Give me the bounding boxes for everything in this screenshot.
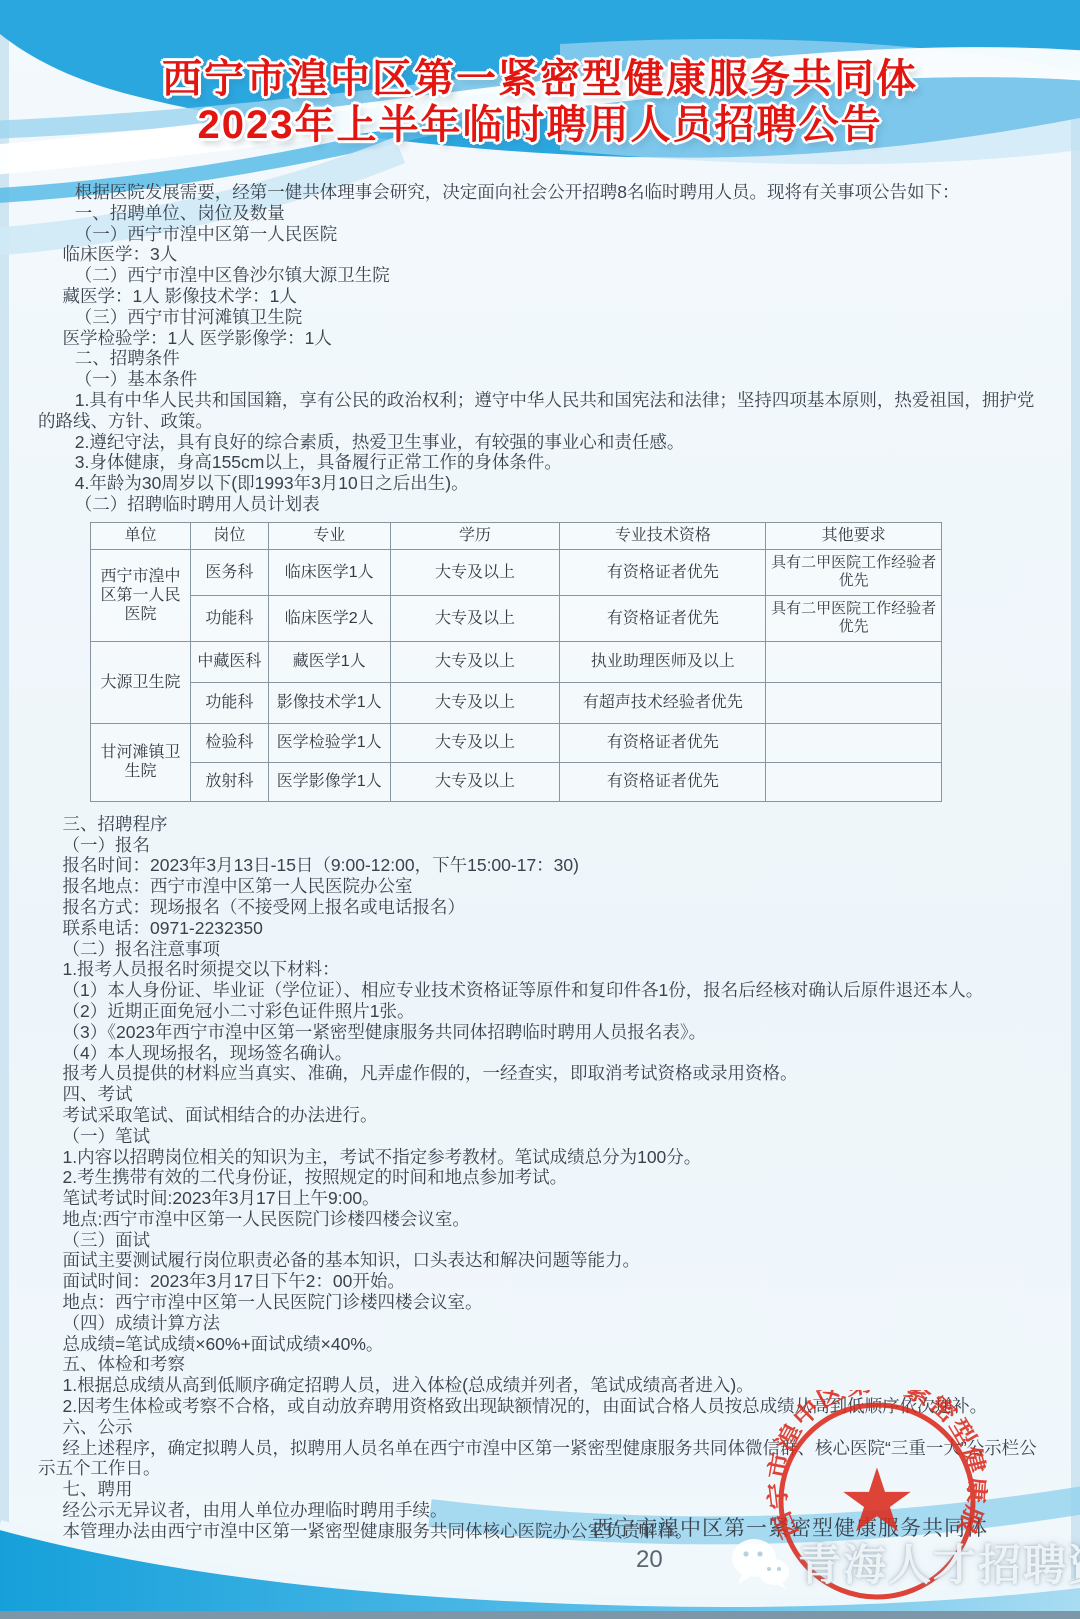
paragraph: （1）本人身份证、毕业证（学位证）、相应专业技术资格证等原件和复印件各1份，报名… — [38, 980, 1044, 1001]
qual-cell: 有资格证者优先 — [560, 549, 766, 595]
col-header-qualification: 专业技术资格 — [560, 522, 766, 549]
qual-cell: 有资格证者优先 — [560, 723, 766, 762]
paragraph: 报考人员提供的材料应当真实、准确，凡弄虚作假的，一经查实，即取消考试资格或录用资… — [38, 1063, 1044, 1084]
paragraph: 3.身体健康，身高155cm以上，具备履行正常工作的身体条件。 — [38, 452, 1044, 473]
wechat-icon — [728, 1534, 792, 1592]
paragraph: （二）招聘临时聘用人员计划表 — [38, 494, 1044, 515]
post-cell: 功能科 — [190, 595, 268, 641]
paragraph: （4）本人现场报名，现场签名确认。 — [38, 1043, 1044, 1064]
table-header-row: 单位 岗位 专业 学历 专业技术资格 其他要求 — [91, 522, 942, 549]
qual-cell: 有资格证者优先 — [560, 595, 766, 641]
paragraph: 2.考生携带有效的二代身份证，按照规定的时间和地点参加考试。 — [38, 1167, 1044, 1188]
paragraph: （2）近期正面免冠小二寸彩色证件照片1张。 — [38, 1001, 1044, 1022]
paragraph: （二）报名注意事项 — [38, 939, 1044, 960]
paragraph: 二、招聘条件 — [38, 348, 1044, 369]
table-row: 放射科 医学影像学1人 大专及以上 有资格证者优先 — [91, 762, 942, 801]
unit-cell: 甘河滩镇卫生院 — [91, 723, 191, 801]
post-cell: 医务科 — [190, 549, 268, 595]
table-row: 功能科 影像技术学1人 大专及以上 有超声技术经验者优先 — [91, 682, 942, 723]
other-cell — [766, 641, 942, 682]
col-header-unit: 单位 — [91, 522, 191, 549]
paragraph: 1.报考人员报名时须提交以下材料： — [38, 959, 1044, 980]
major-cell: 临床医学1人 — [268, 549, 390, 595]
qual-cell: 执业助理医师及以上 — [560, 641, 766, 682]
paragraph: （一）笔试 — [38, 1126, 1044, 1147]
paragraph: 报名方式：现场报名（不接受网上报名或电话报名） — [38, 897, 1044, 918]
paragraph: 总成绩=笔试成绩×60%+面试成绩×40%。 — [38, 1334, 1044, 1355]
recruitment-plan-table: 单位 岗位 专业 学历 专业技术资格 其他要求 西宁市湟中区第一人民医院 医务科… — [90, 522, 942, 802]
paragraph: 报名时间：2023年3月13日-15日（9:00-12:00，下午15:00-1… — [38, 855, 1044, 876]
major-cell: 医学检验学1人 — [268, 723, 390, 762]
paragraph: （一）报名 — [38, 835, 1044, 856]
edu-cell: 大专及以上 — [390, 549, 560, 595]
major-cell: 临床医学2人 — [268, 595, 390, 641]
major-cell: 影像技术学1人 — [268, 682, 390, 723]
qual-cell: 有超声技术经验者优先 — [560, 682, 766, 723]
table-row: 大源卫生院 中藏医科 藏医学1人 大专及以上 执业助理医师及以上 — [91, 641, 942, 682]
edu-cell: 大专及以上 — [390, 595, 560, 641]
post-cell: 检验科 — [190, 723, 268, 762]
paragraph: （三）面试 — [38, 1230, 1044, 1251]
col-header-education: 学历 — [390, 522, 560, 549]
unit-cell: 大源卫生院 — [91, 641, 191, 723]
signature-date-fragment: 20 — [636, 1546, 663, 1574]
paragraph: 医学检验学：1人 医学影像学：1人 — [38, 328, 1044, 349]
paragraph: 1.内容以招聘岗位相关的知识为主，考试不指定参考教材。笔试成绩总分为100分。 — [38, 1147, 1044, 1168]
paragraph: 报名地点：西宁市湟中区第一人民医院办公室 — [38, 876, 1044, 897]
edu-cell: 大专及以上 — [390, 641, 560, 682]
paragraph: （一）基本条件 — [38, 369, 1044, 390]
post-cell: 中藏医科 — [190, 641, 268, 682]
paragraph: 笔试考试时间:2023年3月17日上午9:00。 — [38, 1188, 1044, 1209]
paragraph: 四、考试 — [38, 1084, 1044, 1105]
paragraph: （一）西宁市湟中区第一人民医院 — [38, 224, 1044, 245]
edu-cell: 大专及以上 — [390, 682, 560, 723]
paragraph: 五、体检和考察 — [38, 1354, 1044, 1375]
paragraph: （三）西宁市甘河滩镇卫生院 — [38, 307, 1044, 328]
col-header-other: 其他要求 — [766, 522, 942, 549]
edu-cell: 大专及以上 — [390, 723, 560, 762]
paragraph: 2.遵纪守法，具有良好的综合素质，热爱卫生事业，有较强的事业心和责任感。 — [38, 432, 1044, 453]
unit-cell: 西宁市湟中区第一人民医院 — [91, 549, 191, 641]
other-cell: 具有二甲医院工作经验者优先 — [766, 595, 942, 641]
edu-cell: 大专及以上 — [390, 762, 560, 801]
qual-cell: 有资格证者优先 — [560, 762, 766, 801]
other-cell: 具有二甲医院工作经验者优先 — [766, 549, 942, 595]
other-cell — [766, 682, 942, 723]
paragraph: 面试时间：2023年3月17日下午2：00开始。 — [38, 1271, 1044, 1292]
poster-title: 西宁市湟中区第一紧密型健康服务共同体 2023年上半年临时聘用人员招聘公告 — [0, 56, 1080, 148]
paragraph: 临床医学：3人 — [38, 244, 1044, 265]
paragraph: （3）《2023年西宁市湟中区第一紧密型健康服务共同体招聘临时聘用人员报名表》。 — [38, 1022, 1044, 1043]
major-cell: 医学影像学1人 — [268, 762, 390, 801]
other-cell — [766, 723, 942, 762]
paragraph: 一、招聘单位、岗位及数量 — [38, 203, 1044, 224]
table-row: 功能科 临床医学2人 大专及以上 有资格证者优先 具有二甲医院工作经验者优先 — [91, 595, 942, 641]
paragraph: 面试主要测试履行岗位职责必备的基本知识，口头表达和解决问题等能力。 — [38, 1250, 1044, 1271]
paragraph-list-top: 根据医院发展需要，经第一健共体理事会研究，决定面向社会公开招聘8名临时聘用人员。… — [38, 182, 1044, 515]
table-row: 甘河滩镇卫生院 检验科 医学检验学1人 大专及以上 有资格证者优先 — [91, 723, 942, 762]
watermark: 青海人才招聘资讯 — [728, 1532, 1080, 1593]
paragraph: 考试采取笔试、面试相结合的办法进行。 — [38, 1105, 1044, 1126]
paragraph: 三、招聘程序 — [38, 814, 1044, 835]
post-cell: 功能科 — [190, 682, 268, 723]
major-cell: 藏医学1人 — [268, 641, 390, 682]
other-cell — [766, 762, 942, 801]
announcement-page: 西宁市湟中区第一紧密型健康服务共同体 2023年上半年临时聘用人员招聘公告 根据… — [0, 0, 1080, 1619]
paragraph: 地点:西宁市湟中区第一人民医院门诊楼四楼会议室。 — [38, 1209, 1044, 1230]
paragraph: 4.年龄为30周岁以下(即1993年3月10日之后出生)。 — [38, 473, 1044, 494]
col-header-post: 岗位 — [190, 522, 268, 549]
paragraph: 地点：西宁市湟中区第一人民医院门诊楼四楼会议室。 — [38, 1292, 1044, 1313]
table-row: 西宁市湟中区第一人民医院 医务科 临床医学1人 大专及以上 有资格证者优先 具有… — [91, 549, 942, 595]
watermark-text: 青海人才招聘资讯 — [798, 1532, 1080, 1593]
title-line-1: 西宁市湟中区第一紧密型健康服务共同体 — [0, 56, 1080, 102]
paragraph: 1.具有中华人民共和国国籍，享有公民的政治权利；遵守中华人民共和国宪法和法律；坚… — [38, 390, 1044, 432]
paragraph: 联系电话：0971-2232350 — [38, 918, 1044, 939]
paragraph: 藏医学：1人 影像技术学：1人 — [38, 286, 1044, 307]
paragraph: 根据医院发展需要，经第一健共体理事会研究，决定面向社会公开招聘8名临时聘用人员。… — [38, 182, 1044, 203]
post-cell: 放射科 — [190, 762, 268, 801]
paragraph: （四）成绩计算方法 — [38, 1313, 1044, 1334]
document-body: 根据医院发展需要，经第一健共体理事会研究，决定面向社会公开招聘8名临时聘用人员。… — [38, 182, 1044, 1542]
col-header-major: 专业 — [268, 522, 390, 549]
paragraph: （二）西宁市湟中区鲁沙尔镇大源卫生院 — [38, 265, 1044, 286]
title-line-2: 2023年上半年临时聘用人员招聘公告 — [0, 102, 1080, 148]
